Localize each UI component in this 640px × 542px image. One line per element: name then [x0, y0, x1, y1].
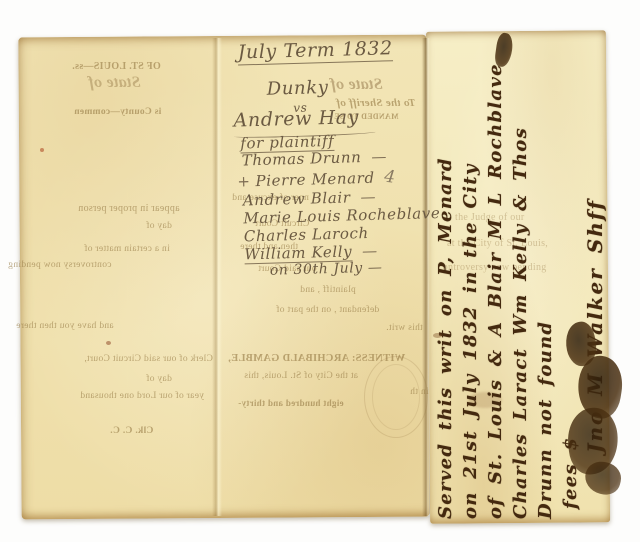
defendant-name: Andrew Hay — [233, 106, 359, 131]
witness-dash: — — [362, 242, 378, 260]
term-heading: July Term 1832 — [237, 37, 393, 65]
paper-stain — [433, 333, 442, 338]
document-scan: OF ST. LOUIS—ss. State of is County—comm… — [0, 0, 640, 542]
witness-name: Thomas Drunn — [242, 148, 362, 169]
witness-dash: — — [371, 147, 387, 165]
witness-name: Pierre Menard — [255, 169, 375, 190]
service-return-line: on 21st July 1832 in the City — [458, 41, 483, 519]
service-return-line: Drunn not found — [533, 41, 558, 519]
return-date-note: on 30th July — — [270, 260, 383, 279]
plaintiff-name: Dunky — [266, 77, 328, 100]
service-return-line: Served this writ on P, Menard — [433, 41, 458, 519]
witness-mark: + — [237, 172, 251, 190]
service-tally-mark: 4 — [384, 167, 398, 188]
paper-stain — [106, 341, 111, 345]
paper-stain — [40, 148, 44, 152]
witness-row: Thomas Drunn— — [237, 147, 388, 169]
witness-dash: — — [360, 188, 376, 206]
case-caption-block: July Term 1832 Dunky vs Andrew Hay for p… — [13, 30, 434, 523]
service-return-line: Charles Laract Wm Kelly & Thos — [508, 41, 533, 519]
service-return-line: of St. Louis & A Blair M L Rochblave — [483, 41, 508, 519]
